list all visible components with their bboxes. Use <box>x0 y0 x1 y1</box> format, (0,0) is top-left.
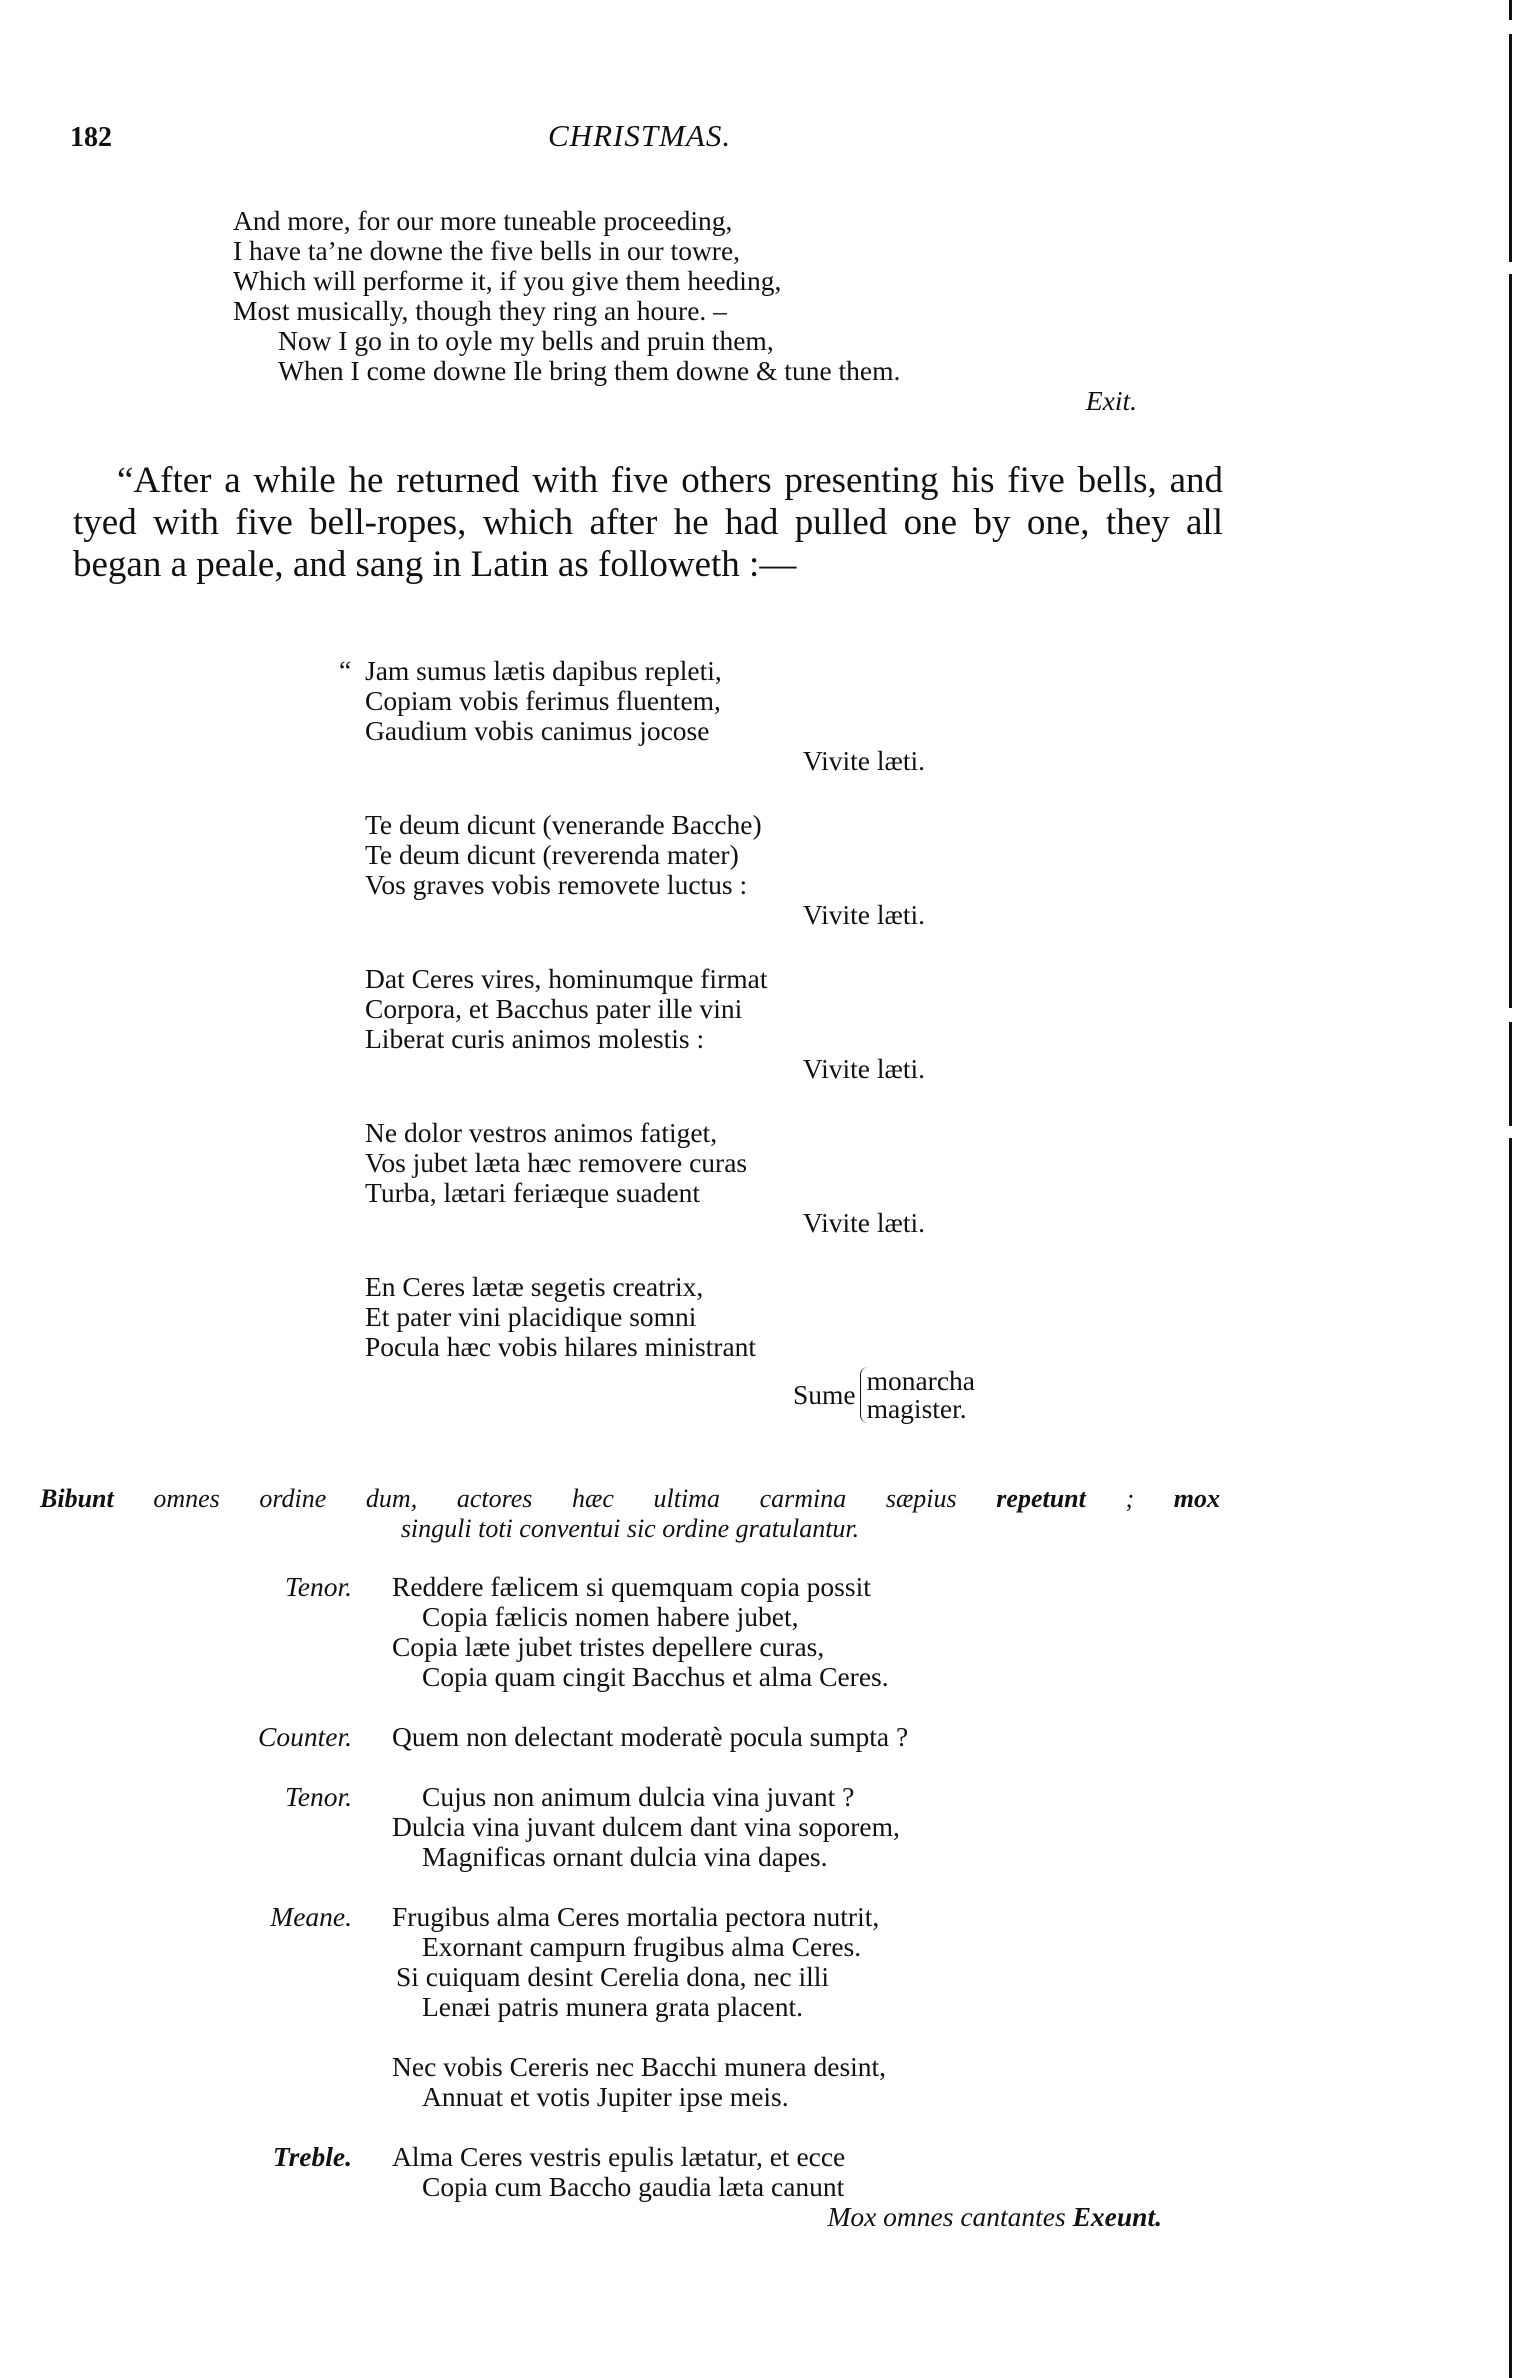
brace-option: magister. <box>867 1395 975 1423</box>
dialog-turn: Nec vobis Cereris nec Bacchi munera desi… <box>200 2052 1200 2112</box>
verse-line: Which will performe it, if you give them… <box>233 266 1153 296</box>
bold-word: repetunt <box>996 1484 1086 1513</box>
scan-edge-gap <box>1505 1008 1515 1022</box>
running-title: CHRISTMAS. <box>548 118 731 154</box>
stage-direction-line-1: Bibunt omnes ordine dum, actores hæc ult… <box>40 1484 1220 1514</box>
verse-line: And more, for our more tuneable proceedi… <box>233 206 1153 236</box>
dialog-turn: Meane. Frugibus alma Ceres mortalia pect… <box>200 1902 1200 2022</box>
dialog-turn: Counter. Quem non delectant moderatè poc… <box>200 1722 1200 1752</box>
verse-line: When I come downe Ile bring them downe &… <box>233 356 1153 386</box>
refrain: Vivite læti. <box>365 746 925 776</box>
stage-direction: Bibunt omnes ordine dum, actores hæc ult… <box>40 1484 1220 1544</box>
verse-line: Turba, lætari feriæque suadent <box>365 1178 925 1208</box>
dialog-turn: Tenor. Cujus non animum dulcia vina juva… <box>200 1782 1200 1872</box>
page-number: 182 <box>70 122 112 154</box>
dialog-section: Tenor. Reddere fælicem si quemquam copia… <box>200 1572 1200 2232</box>
speaker-label: Counter. <box>200 1722 392 1752</box>
speaker-label <box>200 2052 392 2112</box>
scan-edge-gap <box>1505 20 1515 34</box>
verse-line: Te deum dicunt (reverenda mater) <box>365 840 925 870</box>
separator: ; <box>1086 1484 1174 1513</box>
verse-line: Vos jubet læta hæc removere curas <box>365 1148 925 1178</box>
song-stanza-2: Te deum dicunt (venerande Bacche) Te deu… <box>365 810 925 930</box>
dialog-line: Dulcia vina juvant dulcem dant vina sopo… <box>392 1812 900 1842</box>
speaker-label: Tenor. <box>200 1572 392 1692</box>
refrain: Vivite læti. <box>365 900 925 930</box>
verse-line: Now I go in to oyle my bells and pruin t… <box>233 326 1153 356</box>
verse-line: Most musically, though they ring an hour… <box>233 296 1153 326</box>
latin-song: “ Jam sumus lætis dapibus repleti, Copia… <box>365 656 925 1426</box>
narrative-paragraph: “After a while he returned with five oth… <box>73 460 1223 586</box>
exit-direction: Exit. <box>233 386 1153 416</box>
verse-line: Pocula hæc vobis hilares ministrant <box>365 1332 925 1362</box>
exeunt-word: Exeunt. <box>1073 2201 1162 2232</box>
scan-edge-gap <box>1505 1126 1515 1138</box>
song-stanza-1: Jam sumus lætis dapibus repleti, Copiam … <box>365 656 925 776</box>
verse-line: Gaudium vobis canimus jocose <box>365 716 925 746</box>
verse-line: Corpora, et Bacchus pater ille vini <box>365 994 925 1024</box>
verse-line: Te deum dicunt (venerande Bacche) <box>365 810 925 840</box>
dialog-line: Copia quam cingit Bacchus et alma Ceres. <box>392 1662 889 1692</box>
dialog-line: Si cuiquam desint Cerelia dona, nec illi <box>392 1962 879 1992</box>
running-head: 182 CHRISTMAS. <box>0 118 1536 162</box>
sume-brace-group: Sume monarcha magister. <box>365 1364 975 1426</box>
song-stanza-3: Dat Ceres vires, hominumque firmat Corpo… <box>365 964 925 1084</box>
scan-edge-gap <box>1505 262 1515 274</box>
verse-line: I have ta’ne downe the five bells in our… <box>233 236 1153 266</box>
song-stanza-5: En Ceres lætæ segetis creatrix, Et pater… <box>365 1272 925 1426</box>
dialog-line: Frugibus alma Ceres mortalia pectora nut… <box>392 1902 879 1932</box>
scan-edge-line <box>1509 0 1512 2378</box>
stage-direction-line-2: singuli toti conventui sic ordine gratul… <box>40 1514 1220 1544</box>
dialog-line: Exornant campurn frugibus alma Ceres. <box>392 1932 879 1962</box>
dialog-turn: Tenor. Reddere fælicem si quemquam copia… <box>200 1572 1200 1692</box>
verse-line: Ne dolor vestros animos fatiget, <box>365 1118 925 1148</box>
verse-line: Dat Ceres vires, hominumque firmat <box>365 964 925 994</box>
refrain: Vivite læti. <box>365 1054 925 1084</box>
verse-line: Jam sumus lætis dapibus repleti, <box>365 656 925 686</box>
dialog-turn: Treble. Alma Ceres vestris epulis lætatu… <box>200 2142 1200 2202</box>
brace-options: monarcha magister. <box>860 1367 975 1423</box>
opening-stanza: And more, for our more tuneable proceedi… <box>233 206 1153 416</box>
dialog-line: Copia fælicis nomen habere jubet, <box>392 1602 889 1632</box>
speaker-label: Meane. <box>200 1902 392 2022</box>
verse-line: Et pater vini placidique somni <box>365 1302 925 1332</box>
dialog-line: Quem non delectant moderatè pocula sumpt… <box>392 1722 908 1752</box>
bold-word: mox <box>1174 1484 1220 1513</box>
final-direction-text: Mox omnes cantantes <box>827 2201 1072 2232</box>
dialog-line: Annuat et votis Jupiter ipse meis. <box>392 2082 886 2112</box>
final-stage-direction: Mox omnes cantantes Exeunt. <box>200 2202 1200 2232</box>
dialog-line: Magnificas ornant dulcia vina dapes. <box>392 1842 900 1872</box>
refrain: Vivite læti. <box>365 1208 925 1238</box>
dialog-line: Nec vobis Cereris nec Bacchi munera desi… <box>392 2052 886 2082</box>
brace-option: monarcha <box>867 1367 975 1395</box>
verse-line: Liberat curis animos molestis : <box>365 1024 925 1054</box>
song-stanza-4: Ne dolor vestros animos fatiget, Vos jub… <box>365 1118 925 1238</box>
dialog-line: Reddere fælicem si quemquam copia possit <box>392 1572 889 1602</box>
sume-word: Sume <box>793 1380 856 1410</box>
dialog-line: Alma Ceres vestris epulis lætatur, et ec… <box>392 2142 845 2172</box>
speaker-label: Treble. <box>200 2142 392 2202</box>
stage-direction-text: omnes ordine dum, actores hæc ultima car… <box>114 1484 997 1513</box>
verse-line: En Ceres lætæ segetis creatrix, <box>365 1272 925 1302</box>
dialog-line: Cujus non animum dulcia vina juvant ? <box>392 1782 900 1812</box>
dialog-line: Copia cum Baccho gaudia læta canunt <box>392 2172 845 2202</box>
bold-word: Bibunt <box>40 1484 114 1513</box>
speaker-label: Tenor. <box>200 1782 392 1872</box>
dialog-line: Copia læte jubet tristes depellere curas… <box>392 1632 889 1662</box>
dialog-line: Lenæi patris munera grata placent. <box>392 1992 879 2022</box>
verse-line: Vos graves vobis removete luctus : <box>365 870 925 900</box>
verse-line: Copiam vobis ferimus fluentem, <box>365 686 925 716</box>
open-quote: “ <box>339 656 351 686</box>
